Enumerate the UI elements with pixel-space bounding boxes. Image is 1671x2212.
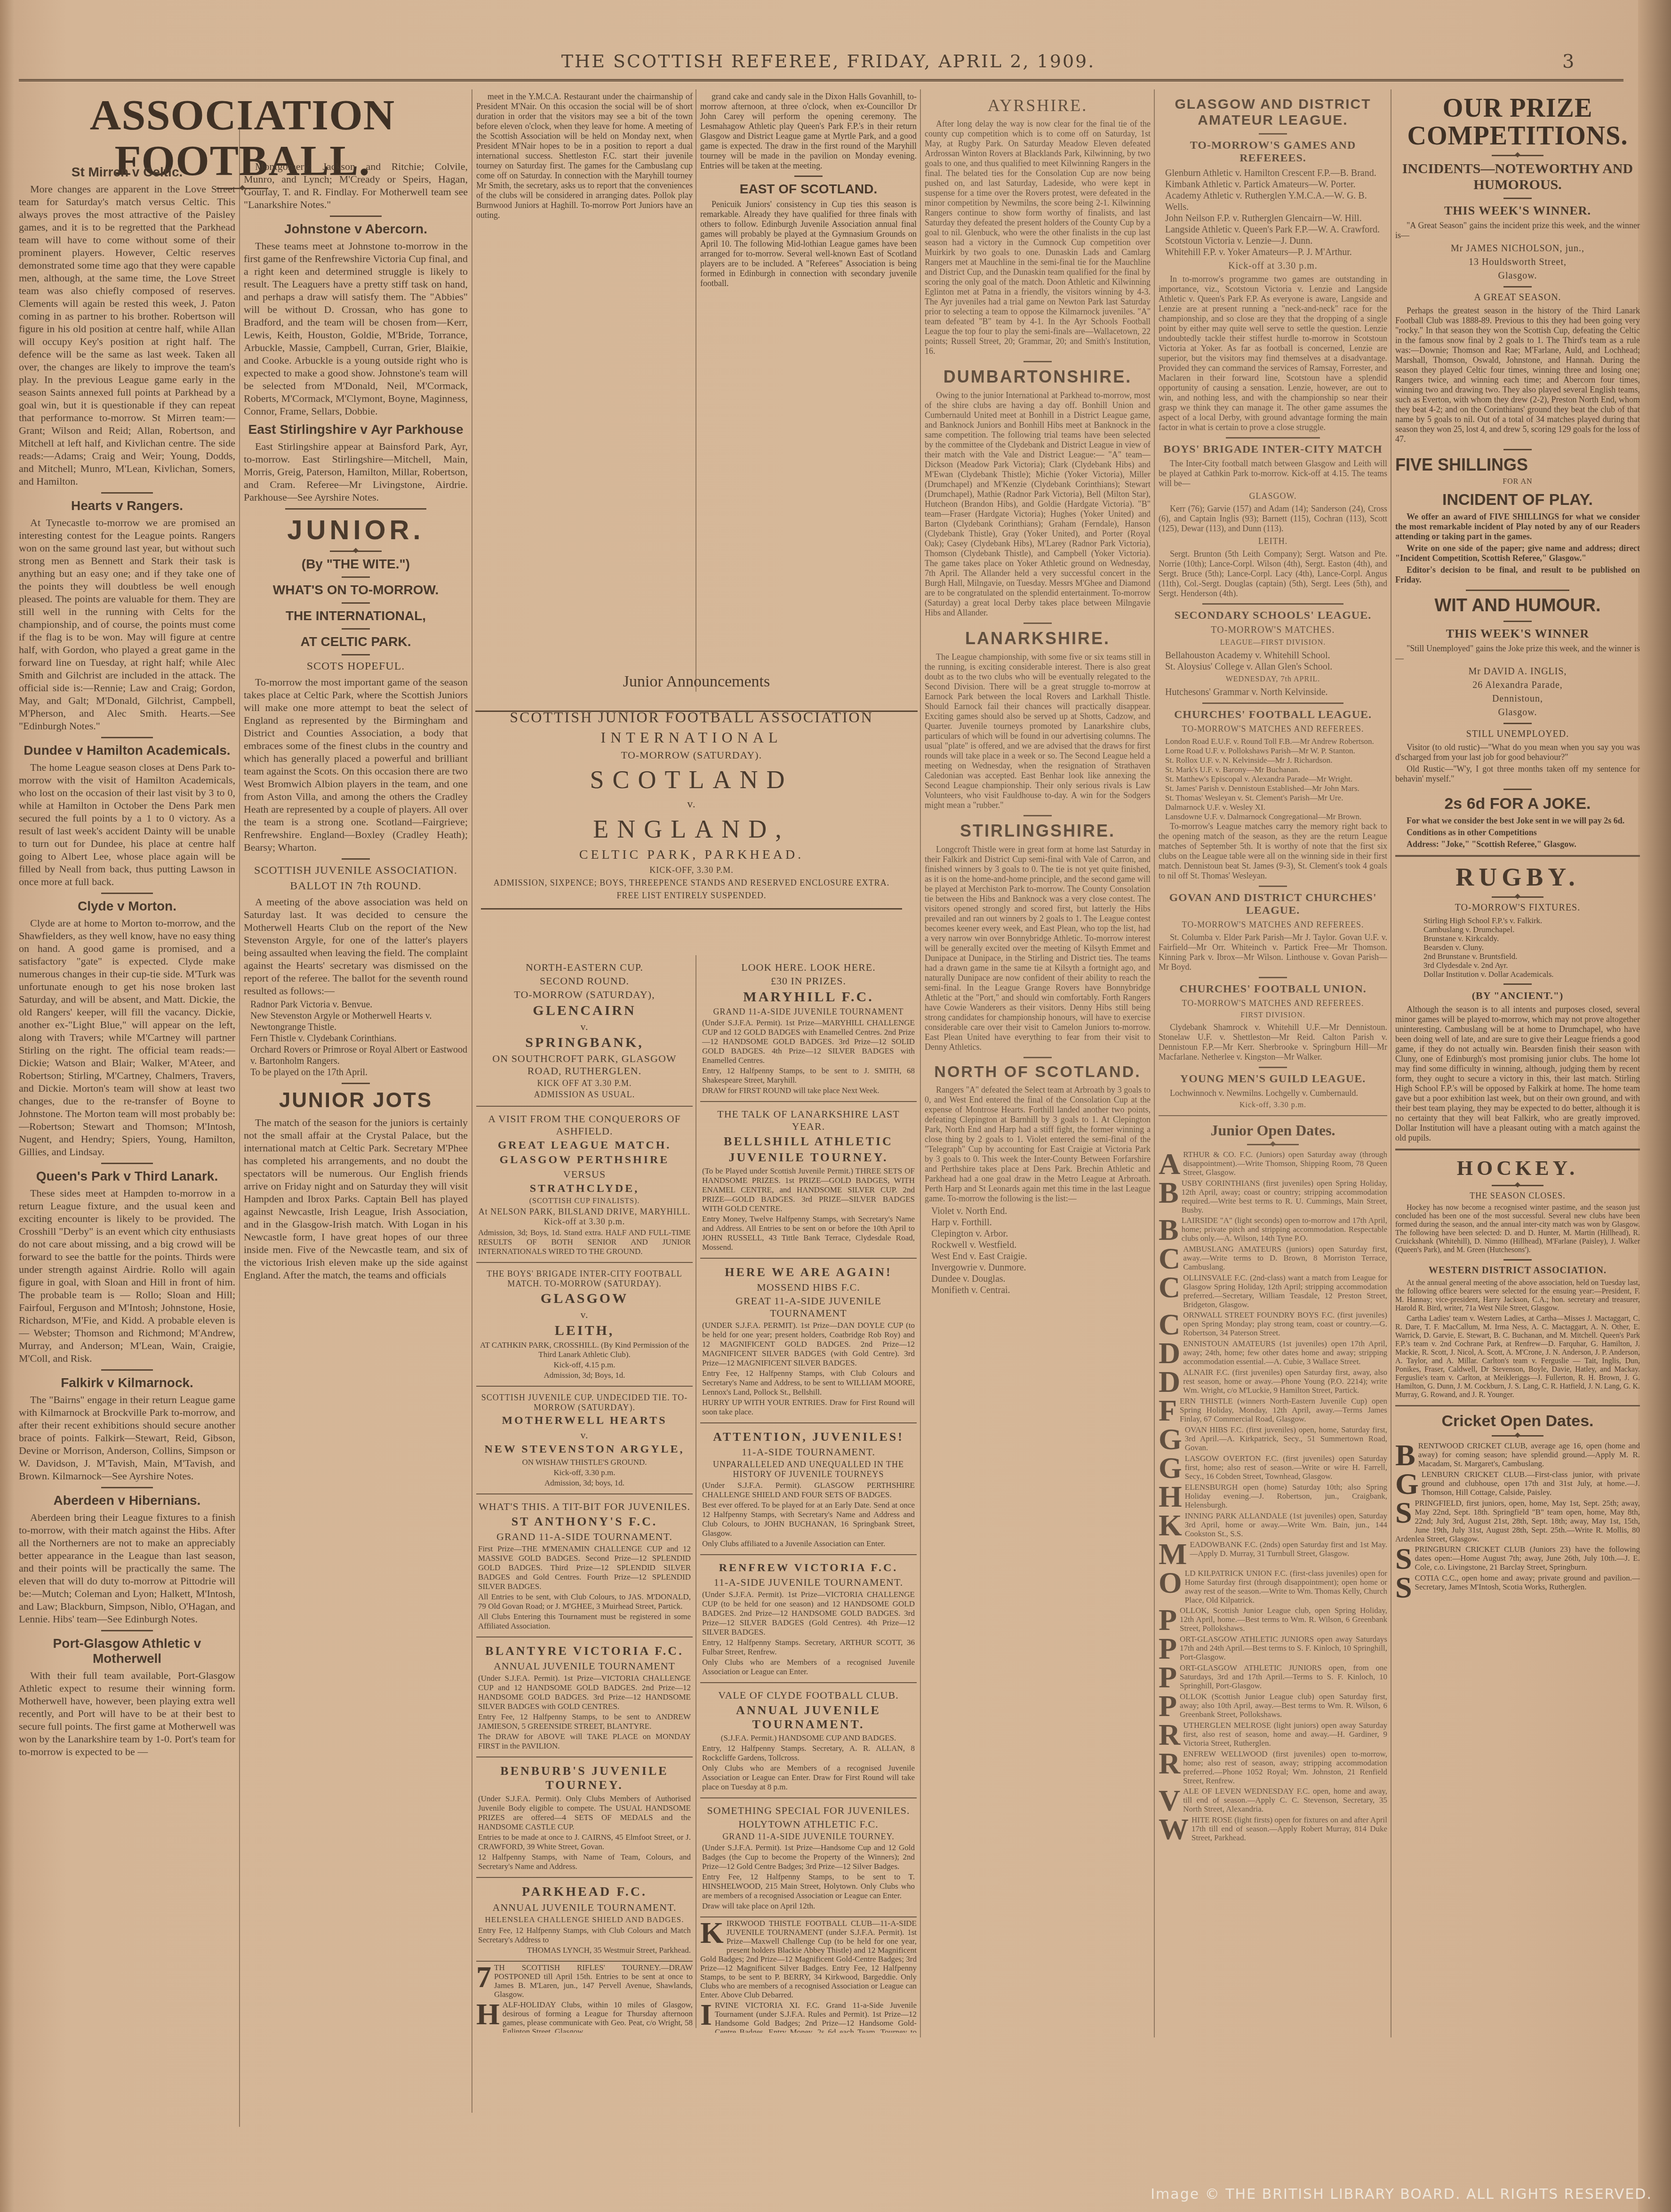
divider — [1226, 437, 1320, 439]
divider — [1202, 703, 1343, 704]
entry-text: HITE ROSE (light firsts) open for fixtur… — [1191, 1815, 1387, 1842]
classified-irvine-victoria: IRVINE VICTORIA XI. F.C. Grand 11-a-Side… — [700, 2001, 917, 2033]
western-body: At the annual general meeting of the abo… — [1395, 1279, 1640, 1313]
fixture: St. Rollox U.F. v. N. Kelvinside—Mr J. R… — [1159, 756, 1387, 765]
ad-team: STRATHCLYDE, — [478, 1182, 691, 1195]
ad-line: (To be Played under Scottish Juvenile Pe… — [702, 1166, 915, 1214]
ad-line: £30 IN PRIZES. — [702, 975, 915, 987]
drop-cap: F — [1159, 1397, 1177, 1424]
team-list: Kerr (76); Garvie (157) and Adam (14); S… — [1159, 504, 1387, 534]
divider — [1395, 855, 1640, 857]
fixture: Bearsden v. Cluny. — [1395, 943, 1640, 952]
divider — [101, 737, 153, 738]
ad-line: Only Clubs who are Members of a recognis… — [702, 1764, 915, 1792]
ad-line: SCOTTISH JUNIOR FOOTBALL ASSOCIATION — [481, 709, 902, 726]
article-body: The "Bairns" engage in their return Leag… — [19, 1393, 235, 1482]
divider — [1503, 621, 1532, 622]
ad-line: All Clubs Entering this Tournament must … — [478, 1612, 691, 1631]
ornament-divider — [1492, 896, 1543, 898]
entry-text: ORT-GLASGOW ATHLETIC JUNIORS open, from … — [1180, 1663, 1387, 1690]
incidents-title: INCIDENTS—NOTEWORTHY AND HUMOROUS. — [1395, 161, 1640, 193]
entry-text: ELENSBURGH open (home) Saturday 10th; al… — [1185, 1483, 1387, 1509]
article-body: The match of the season for the juniors … — [244, 1116, 468, 1281]
joke-title: STILL UNEMPLOYED. — [1395, 729, 1640, 740]
ad-line: THE BOYS' BRIGADE INTER-CITY FOOTBALL MA… — [478, 1269, 691, 1289]
ad-line: Kick-off, 3.30 p.m. — [478, 1468, 691, 1477]
masthead-rule — [19, 79, 1623, 81]
article-body: Rangers "A" defeated the Select team at … — [925, 1085, 1151, 1204]
ad-line: Entry Fee, 12 Halfpenny Stamps, with Clu… — [702, 1369, 915, 1397]
article-heading: East Stirlingshire v Ayr Parkhouse — [244, 422, 468, 437]
entry-text: LENBURN CRICKET CLUB.—First-class junior… — [1422, 1470, 1640, 1497]
team-name: GLASGOW. — [1159, 491, 1387, 501]
ad-line: UNPARALLELED AND UNEQUALLED IN THE HISTO… — [702, 1460, 915, 1479]
open-date-entry: KINNING PARK ALLANDALE (1st juveniles) o… — [1159, 1511, 1387, 1539]
five-shillings-text: Write on one side of the paper; give nam… — [1395, 543, 1640, 563]
ad-line: Only Clubs affiliated to a Juvenile Asso… — [702, 1539, 915, 1549]
ad-line: DRAW for FIRST ROUND will take place Nex… — [702, 1086, 915, 1095]
ad-line: First Prize—THE M'MENAMIN CHALLENGE CUP … — [478, 1544, 691, 1591]
ad-mossend-hibs: HERE WE ARE AGAIN! MOSSEND HIBS F.C. GRE… — [700, 1259, 917, 1423]
fixture: Brunstane v. Kirkcaldy. — [1395, 934, 1640, 943]
winner-address: 13 Houldsworth Street, — [1395, 257, 1640, 268]
article-heading: Queen's Park v Third Lanark. — [19, 1169, 235, 1184]
ballot-tie: Fern Thistle v. Clydebank Corinthians. — [244, 1033, 468, 1044]
fixture: Invergowrie v. Dunmore. — [925, 1262, 1151, 1273]
page-spine-shadow — [0, 0, 14, 2212]
article-heading: Port-Glasgow Athletic v Motherwell — [19, 1636, 235, 1666]
junior-subhead: SCOTS HOPEFUL. — [244, 660, 468, 673]
ad-team: GLENCAIRN — [478, 1003, 691, 1019]
subhead: TO-MORROW'S MATCHES AND REFEREES. — [1159, 724, 1387, 734]
column-2: Montgomery; Jackson and Ritchie; Colvile… — [244, 160, 468, 2183]
divider — [1259, 977, 1287, 978]
open-date-entry: POLLOK (Scottish Junior League club) ope… — [1159, 1692, 1387, 1719]
entry-text: ALNAIR F.C. (first juveniles) open Satur… — [1183, 1368, 1387, 1395]
entry-text: PRINGFIELD, first juniors, open, home, M… — [1395, 1499, 1640, 1543]
article-body: Owing to the junior International at Par… — [925, 391, 1151, 618]
divider — [1395, 1405, 1640, 1406]
article-heading: Clyde v Morton. — [19, 899, 235, 914]
winner-address: Glasgow. — [1395, 707, 1640, 718]
article-body: In to-morrow's programme two games are o… — [1159, 274, 1387, 432]
ad-boys-brigade: THE BOYS' BRIGADE INTER-CITY FOOTBALL MA… — [476, 1263, 693, 1387]
east-of-scotland-title: EAST OF SCOTLAND. — [700, 182, 917, 197]
team-scotland: SCOTLAND — [481, 765, 902, 794]
classified-kirkwood: KIRKWOOD THISTLE FOOTBALL CLUB—11-A-SIDE… — [700, 1919, 917, 1999]
govan-league-title: GOVAN AND DISTRICT CHURCHES' LEAGUE. — [1159, 892, 1387, 917]
subhead: TO-MORROW'S MATCHES. — [1159, 625, 1387, 636]
entry-text: UTHERGLEN MELROSE (light juniors) open a… — [1183, 1721, 1387, 1748]
wit-humour-title: WIT AND HUMOUR. — [1395, 596, 1640, 616]
ad-line: ON WISHAW THISTLE'S GROUND. — [478, 1458, 691, 1467]
ad-line: (UNDER S.J.F.A. PERMIT). 1st Prize—DAN D… — [702, 1321, 915, 1368]
sjfa-international-ad: SCOTTISH JUNIOR FOOTBALL ASSOCIATION INT… — [481, 706, 902, 910]
open-date-entry: PORT-GLASGOW ATHLETIC JUNIORS open away … — [1159, 1635, 1387, 1662]
western-district-title: WESTERN DISTRICT ASSOCIATION. — [1395, 1265, 1640, 1276]
junior-subhead: AT CELTIC PARK. — [244, 634, 468, 649]
entry-text: ORT-GLASGOW ATHLETIC JUNIORS open away S… — [1180, 1635, 1387, 1661]
column-divider — [696, 89, 696, 692]
hockey-subhead: THE SEASON CLOSES. — [1395, 1191, 1640, 1201]
ads-left-column: NORTH-EASTERN CUP. SECOND ROUND. TO-MORR… — [476, 955, 693, 2033]
winner-name: Mr DAVID A. INGLIS, — [1395, 666, 1640, 677]
fixture: St. James' Parish v. Dennistoun Establis… — [1159, 784, 1387, 793]
fixture: 2nd Brunstane v. Bruntsfield. — [1395, 952, 1640, 961]
winner-name: Mr JAMES NICHOLSON, jun., — [1395, 243, 1640, 254]
fixture: Academy Athletic v. Rutherglen Y.M.C.A.—… — [1159, 190, 1387, 213]
subhead: TO-MORROW'S MATCHES AND REFEREES. — [1159, 998, 1387, 1008]
team-list: Sergt. Brunton (5th Leith Company); Serg… — [1159, 549, 1387, 599]
article-body: More changes are apparent in the Love St… — [19, 183, 235, 487]
ad-line: (Under S.J.F.A. Permit). 1st Prize—MARYH… — [702, 1018, 915, 1065]
divider — [1159, 1115, 1387, 1116]
article-body: At Tynecastle to-morrow we are promised … — [19, 516, 235, 732]
drop-cap: I — [700, 2002, 712, 2028]
subhead: LEAGUE—FIRST DIVISION. — [1159, 639, 1387, 647]
divider — [1503, 983, 1532, 985]
ad-line: GREAT LEAGUE MATCH. — [478, 1139, 691, 1152]
fixture: St. Aloysius' College v. Allan Glen's Sc… — [1159, 661, 1387, 672]
fixture: Scotstoun Victoria v. Lenzie—J. Dunn. — [1159, 235, 1387, 247]
divider — [342, 602, 370, 604]
ad-team: MOTHERWELL HEARTS — [478, 1414, 691, 1427]
junior-jots-title: JUNIOR JOTS — [244, 1089, 468, 1112]
drop-cap: G — [1395, 1471, 1419, 1497]
venue: CELTIC PARK, PARKHEAD. — [481, 847, 902, 862]
drop-cap: K — [700, 1920, 724, 1946]
ad-team: BLANTYRE VICTORIA F.C. — [478, 1644, 691, 1658]
ad-line: KICK OFF AT 3.30 P.M. — [478, 1078, 691, 1088]
divider — [1466, 590, 1569, 591]
ad-north-eastern-cup: NORTH-EASTERN CUP. SECOND ROUND. TO-MORR… — [476, 955, 693, 1107]
ballot-tie: New Stevenston Argyle or Motherwell Hear… — [244, 1010, 468, 1033]
article-body: Penicuik Juniors' consistency in Cup tie… — [700, 200, 917, 288]
admission: ADMISSION, SIXPENCE; BOYS, THREEPENCE ST… — [481, 878, 902, 888]
kickoff: Kick-off at 3.30 p.m. — [1159, 261, 1387, 272]
page-right-edge — [1638, 0, 1671, 2212]
open-date-entry: DALNAIR F.C. (first juveniles) open Satu… — [1159, 1368, 1387, 1395]
drop-cap: B — [1159, 1180, 1179, 1206]
open-date-entry: BLAIRSIDE "A" (light seconds) open to-mo… — [1159, 1216, 1387, 1243]
joke-text: Visitor (to old rustic)—"What do you mea… — [1395, 743, 1640, 762]
drop-cap: P — [1159, 1607, 1177, 1633]
ad-line: (Under S.J.F.A. Permit). 1st Prize—VICTO… — [478, 1674, 691, 1711]
winner-head: THIS WEEK'S WINNER — [1395, 627, 1640, 641]
junior-open-dates-title: Junior Open Dates. — [1159, 1122, 1387, 1139]
divider — [101, 893, 153, 894]
ad-line: Only Clubs who are Members of a recognis… — [702, 1658, 915, 1677]
divider — [1503, 1259, 1532, 1261]
ad-line: Entry, 12 Halfpenny Stamps. Secretary, A… — [702, 1744, 915, 1763]
fixture: Harp v. Forthill. — [925, 1217, 1151, 1228]
ad-line: GREAT 11-A-SIDE JUVENILE TOURNAMENT — [702, 1295, 915, 1319]
ad-versus: VERSUS — [478, 1168, 691, 1181]
divider — [794, 176, 823, 177]
versus: v. — [481, 798, 902, 811]
ad-maryhill: LOOK HERE. LOOK HERE. £30 IN PRIZES. MAR… — [700, 955, 917, 1102]
drop-cap: M — [1159, 1541, 1187, 1567]
announcements-title: Junior Announcements — [475, 673, 918, 691]
article-body: After long delay the way is now clear fo… — [925, 119, 1151, 356]
divider — [101, 1630, 153, 1631]
divider — [1503, 198, 1532, 199]
ornament-divider — [1492, 155, 1543, 156]
ad-line: At NELSON PARK, BILSLAND DRIVE, MARYHILL… — [478, 1207, 691, 1227]
divider — [1023, 815, 1052, 816]
five-shillings-for: FOR AN — [1395, 478, 1640, 486]
entry-text: AMBUSLANG AMATEURS (juniors) open Saturd… — [1183, 1245, 1387, 1271]
kickoff: Kick-off, 3.30 p.m. — [1159, 1101, 1387, 1110]
masthead: THE SCOTTISH REFEREE, FRIDAY, APRIL 2, 1… — [19, 51, 1638, 72]
churches-league-title: CHURCHES' FOOTBALL LEAGUE. — [1159, 709, 1387, 721]
subhead: TO-MORROW'S MATCHES AND REFEREES. — [1159, 920, 1387, 930]
article-heading: Aberdeen v Hibernians. — [19, 1493, 235, 1508]
article-body: The home League season closes at Dens Pa… — [19, 761, 235, 888]
divider — [1023, 361, 1052, 362]
ornament-divider — [1492, 1435, 1543, 1437]
winner-text: "A Great Season" gains the incident priz… — [1395, 221, 1640, 240]
fixture: Lorne Road U.F. v. Pollokshaws Parish—Mr… — [1159, 746, 1387, 756]
drop-cap: R — [1159, 1722, 1180, 1748]
boys-brigade-title: BOYS' BRIGADE INTER-CITY MATCH — [1159, 443, 1387, 456]
page-number: 3 — [1562, 51, 1574, 72]
junior-title: JUNIOR. — [244, 514, 468, 546]
classified-rifles: 7TH SCOTTISH RIFLES' TOURNEY.—DRAW POSTP… — [476, 1963, 693, 1999]
ad-line: 12 Halfpenny Stamps, with Name of Team, … — [478, 1853, 691, 1871]
article-heading: Dundee v Hamilton Academicals. — [19, 743, 235, 758]
open-date-entry: RUTHERGLEN MELROSE (light juniors) open … — [1159, 1721, 1387, 1748]
fixture: Hutchesons' Grammar v. North Kelvinside. — [1159, 687, 1387, 698]
article-falkirk-kilmarnock: Falkirk v Kilmarnock. The "Bairns" engag… — [19, 1375, 235, 1482]
open-date-entry: FERN THISTLE (winners North-Eastern Juve… — [1159, 1397, 1387, 1424]
classified-text: TH SCOTTISH RIFLES' TOURNEY.—DRAW POSTPO… — [494, 1963, 693, 1999]
column-5: GLASGOW AND DISTRICT AMATEUR LEAGUE. TO-… — [1159, 92, 1387, 2035]
ad-line: Best ever offered. To be played for at a… — [702, 1501, 915, 1538]
ad-team: BELLSHILL ATHLETIC — [702, 1134, 915, 1149]
ad-line: (Under S.J.F.A. Permit). 1st Prize—VICTO… — [702, 1590, 915, 1637]
ad-line: Entry Fee, 12 Halfpenny Stamps, to be se… — [478, 1712, 691, 1731]
hockey-title: HOCKEY. — [1395, 1156, 1640, 1180]
divider — [1395, 1149, 1640, 1150]
ad-line: Entry, 12 Halfpenny Stamps. Secretary, A… — [702, 1638, 915, 1657]
ad-line: (SCOTTISH CUP FINALISTS). — [478, 1197, 691, 1206]
column-divider — [696, 955, 696, 2028]
rugby-body: Although the season is to all intents an… — [1395, 1005, 1640, 1143]
winner-head: THIS WEEK'S WINNER. — [1395, 204, 1640, 218]
ad-versus: v. — [478, 1021, 691, 1033]
divider — [342, 654, 370, 655]
article-port-glasgow-motherwell: Port-Glasgow Athletic v Motherwell With … — [19, 1636, 235, 1758]
five-shillings-title: FIVE SHILLINGS — [1395, 455, 1640, 475]
article-heading: St Mirren v Celtic. — [19, 165, 235, 180]
fixture: Lansdowne U.F. v. Dalmarnock Congregatio… — [1159, 812, 1387, 822]
ad-line: NORTH-EASTERN CUP. — [478, 961, 691, 974]
fixture: Violet v. North End. — [925, 1206, 1151, 1217]
open-date-entry: RENFREW WELLWOOD (first juveniles) open … — [1159, 1749, 1387, 1785]
cricket-open-dates-title: Cricket Open Dates. — [1395, 1412, 1640, 1430]
joke-text: Old Rustic—"W'y, I got three months take… — [1395, 764, 1640, 784]
classified-text: ALF-HOLIDAY Clubs, within 10 miles of Gl… — [503, 2000, 693, 2033]
column-3b-top: grand cake and candy sale in the Dixon H… — [700, 92, 917, 689]
entry-text: OLLINSVALE F.C. (2nd-class) want a match… — [1183, 1273, 1387, 1309]
entry-text: OLLOK (Scottish Junior League club) open… — [1180, 1692, 1387, 1719]
open-date-entry: WHITE ROSE (light firsts) open for fixtu… — [1159, 1815, 1387, 1843]
story-title: A GREAT SEASON. — [1395, 292, 1640, 303]
lanarkshire-title: LANARKSHIRE. — [925, 629, 1151, 648]
fixture: Langside Athletic v. Queen's Park F.P.—W… — [1159, 224, 1387, 235]
junior-subhead: THE INTERNATIONAL, — [244, 608, 468, 623]
drop-cap: D — [1159, 1340, 1180, 1366]
ad-team: SPRINGBANK, — [478, 1035, 691, 1051]
classified-text: IRKWOOD THISTLE FOOTBALL CLUB—11-A-SIDE … — [700, 1919, 917, 1999]
subhead: FIRST DIVISION. — [1159, 1011, 1387, 1020]
rugby-byline: (BY "ANCIENT.") — [1395, 990, 1640, 1002]
divider — [101, 1369, 153, 1371]
fixture: Kimbank Athletic v. Partick Amateurs—W. … — [1159, 179, 1387, 190]
entry-text: RENTWOOD CRICKET CLUB, average age 16, o… — [1418, 1441, 1640, 1468]
entry-text: INNING PARK ALLANDALE (1st juveniles) op… — [1185, 1511, 1387, 1538]
article-body: These teams meet at Johnstone to-morrow … — [244, 240, 468, 417]
entry-text: RTHUR & CO. F.C. (Juniors) open Saturday… — [1183, 1150, 1387, 1177]
divider — [1023, 623, 1052, 624]
fixture: Dundee v. Douglas. — [925, 1273, 1151, 1285]
ad-line: Admission, 3d; Boys, 1d. Stand extra. HA… — [478, 1228, 691, 1256]
fixture: 3rd Clydesdale v. 2nd Ayr. — [1395, 961, 1640, 970]
drop-cap: C — [1159, 1246, 1180, 1272]
ad-team: LEITH, — [478, 1323, 691, 1339]
open-date-entry: ARTHUR & CO. F.C. (Juniors) open Saturda… — [1159, 1150, 1387, 1177]
ad-line: RENFREW VICTORIA F.C. — [702, 1562, 915, 1574]
fixture: London Road E.U.F. v. Round Toll F.B.—Mr… — [1159, 737, 1387, 746]
ornament-divider — [330, 551, 382, 552]
ad-renfrew-victoria: RENFREW VICTORIA F.C. 11-A-SIDE JUVENILE… — [700, 1555, 917, 1683]
drop-cap: B — [1159, 1217, 1179, 1243]
rugby-title: RUGBY. — [1395, 862, 1640, 892]
divider — [1503, 723, 1532, 724]
divider — [1503, 449, 1532, 450]
newspaper-page: THE SCOTTISH REFEREE, FRIDAY, APRIL 2, 1… — [0, 0, 1671, 2212]
entry-text: LAIRSIDE "A" (light seconds) open to-mor… — [1182, 1216, 1387, 1243]
ad-line: (Under S.J.F.A. Permit). Only Clubs Memb… — [478, 1794, 691, 1832]
open-date-entry: GOVAN HIBS F.C. (first juveniles) open, … — [1159, 1425, 1387, 1453]
ad-scottish-juvenile-cup: SCOTTISH JUVENILE CUP. UNDECIDED TIE. TO… — [476, 1387, 693, 1494]
winner-address: 26 Alexandra Parade, — [1395, 680, 1640, 691]
fixture: Glenburn Athletic v. Hamilton Crescent F… — [1159, 168, 1387, 179]
ad-line: 11-A-SIDE TOURNAMENT. — [702, 1446, 915, 1458]
ad-line: VALE OF CLYDE FOOTBALL CLUB. — [702, 1689, 915, 1701]
junior-subhead: WHAT'S ON TO-MORROW. — [244, 583, 468, 598]
free-list: FREE LIST ENTIRELY SUSPENDED. — [481, 891, 902, 901]
article-queens-park-third-lanark: Queen's Park v Third Lanark. These sides… — [19, 1169, 235, 1365]
drop-cap: G — [1159, 1455, 1182, 1481]
ad-line: The DRAW for ABOVE will TAKE PLACE on MO… — [478, 1732, 691, 1751]
ad-versus: v. — [478, 1429, 691, 1441]
ad-line: 11-A-SIDE JUVENILE TOURNAMENT. — [702, 1576, 915, 1589]
drop-cap: A — [1159, 1151, 1180, 1177]
ayrshire-title: AYRSHIRE. — [925, 96, 1151, 115]
winner-address: Glasgow. — [1395, 271, 1640, 281]
divider — [101, 1163, 153, 1164]
cricket-entry: BRENTWOOD CRICKET CLUB, average age 16, … — [1395, 1441, 1640, 1469]
open-date-entry: BUSBY CORINTHIANS (first juveniles) open… — [1159, 1179, 1387, 1214]
incident-of-play-title: INCIDENT OF PLAY. — [1395, 491, 1640, 509]
article-heading: Johnstone v Abercorn. — [244, 222, 468, 237]
ad-team: GLASGOW PERTHSHIRE — [478, 1154, 691, 1166]
ornament-divider — [1492, 1185, 1543, 1186]
drop-cap: V — [1159, 1788, 1180, 1814]
ballot-tie: Orchard Rovers or Primrose or Royal Albe… — [244, 1044, 468, 1067]
ad-team: BENBURB'S JUVENILE TOURNEY. — [478, 1764, 691, 1792]
classified-half-holiday: HALF-HOLIDAY Clubs, within 10 miles of G… — [476, 2000, 693, 2033]
divider — [101, 1487, 153, 1488]
ad-line: Entry, 12 Halfpenny Stamps, to be sent t… — [702, 1066, 915, 1085]
article-hearts-rangers: Hearts v Rangers. At Tynecastle to-morro… — [19, 498, 235, 732]
ad-line: HURRY UP WITH YOUR ENTRIES. Draw for Fir… — [702, 1398, 915, 1417]
article-body: The League championship, with some five … — [925, 652, 1151, 810]
entry-text: COTIA C.C., open home and away; private … — [1415, 1573, 1640, 1591]
ornament-divider — [1247, 1144, 1299, 1145]
ad-benburb: BENBURB'S JUVENILE TOURNEY. (Under S.J.F… — [476, 1757, 693, 1878]
fixture: West End v. East Craigie. — [925, 1251, 1151, 1262]
ad-parkhead: PARKHEAD F.C. ANNUAL JUVENILE TOURNAMENT… — [476, 1878, 693, 1962]
ad-line: AT CATHKIN PARK, CROSSHILL. (By Kind Per… — [478, 1341, 691, 1359]
prize-competitions-title: OUR PRIZE COMPETITIONS. — [1395, 95, 1640, 150]
drop-cap: P — [1159, 1636, 1177, 1662]
entry-text: LD KILPATRICK UNION F.C. (first-class ju… — [1185, 1569, 1387, 1605]
ad-line: GRAND 11-A-SIDE TOURNAMENT. — [478, 1531, 691, 1543]
divider — [1503, 286, 1532, 287]
ad-attention-juveniles: ATTENTION, JUVENILES! 11-A-SIDE TOURNAME… — [700, 1423, 917, 1555]
five-shillings-text: We offer an award of FIVE SHILLINGS for … — [1395, 512, 1640, 542]
ad-line: HERE WE ARE AGAIN! — [702, 1265, 915, 1279]
ad-line: ANNUAL JUVENILE TOURNAMENT. — [702, 1703, 915, 1732]
open-date-entry: GLASGOW OVERTON F.C. (first juveniles) o… — [1159, 1454, 1387, 1481]
entry-text: ERN THISTLE (winners North-Eastern Juven… — [1180, 1397, 1387, 1423]
open-date-entry: OLD KILPATRICK UNION F.C. (first-class j… — [1159, 1569, 1387, 1605]
fixture: St. Thomas' Wesleyan v. St. Clement's Pa… — [1159, 793, 1387, 803]
open-date-entry: COLLINSVALE F.C. (2nd-class) want a matc… — [1159, 1273, 1387, 1309]
ad-line: THOMAS LYNCH, 35 Westmuir Street, Parkhe… — [478, 1946, 691, 1955]
drop-cap: B — [1395, 1442, 1415, 1469]
games-referees-head: TO-MORROW'S GAMES AND REFEREES. — [1159, 139, 1387, 165]
copyright-watermark: Image © THE BRITISH LIBRARY BOARD. ALL R… — [1151, 2186, 1652, 2203]
churches-union-title: CHURCHES' FOOTBALL UNION. — [1159, 983, 1387, 996]
ad-line: All Entries to be sent, with Club Colour… — [478, 1592, 691, 1611]
sja-title: SCOTTISH JUVENILE ASSOCIATION. — [244, 864, 468, 877]
ballot-footer: To be played on the 17th April. — [244, 1067, 468, 1078]
divider — [1259, 1067, 1287, 1068]
ad-line: (S.J.F.A. Permit.) HANDSOME CUP AND BADG… — [702, 1733, 915, 1743]
column-divider — [920, 89, 921, 2037]
drop-cap: S — [1395, 1500, 1412, 1526]
article-body: St. Columba v. Elder Park Parish—Mr J. T… — [1159, 933, 1387, 972]
fixture: Monifieth v. Centrai. — [925, 1285, 1151, 1296]
ad-line: Draw will take place on April 12th. — [702, 1901, 915, 1911]
kickoff: KICK-OFF, 3.30 P.M. — [481, 865, 902, 875]
cricket-entry: SCOTIA C.C., open home and away; private… — [1395, 1573, 1640, 1601]
entry-text: ORNWALL STREET FOUNDRY BOYS F.C. (first … — [1183, 1310, 1387, 1337]
entry-text: PRINGBURN CRICKET CLUB (Juniors 23) have… — [1415, 1545, 1640, 1572]
ad-line: TO-MORROW (SATURDAY), — [478, 989, 691, 1001]
article-body: To-morrow the most important game of the… — [244, 676, 468, 854]
fixture: Dalmarnock U.F. v. Wesley XI. — [1159, 803, 1387, 812]
article-dundee-hamilton: Dundee v Hamilton Academicals. The home … — [19, 743, 235, 888]
column-1: St Mirren v Celtic. More changes are app… — [19, 160, 235, 2183]
ballot-tie: Radnor Park Victoria v. Benvue. — [244, 999, 468, 1010]
divider — [1202, 603, 1343, 605]
ad-team: MOSSEND HIBS F.C. — [702, 1281, 915, 1294]
